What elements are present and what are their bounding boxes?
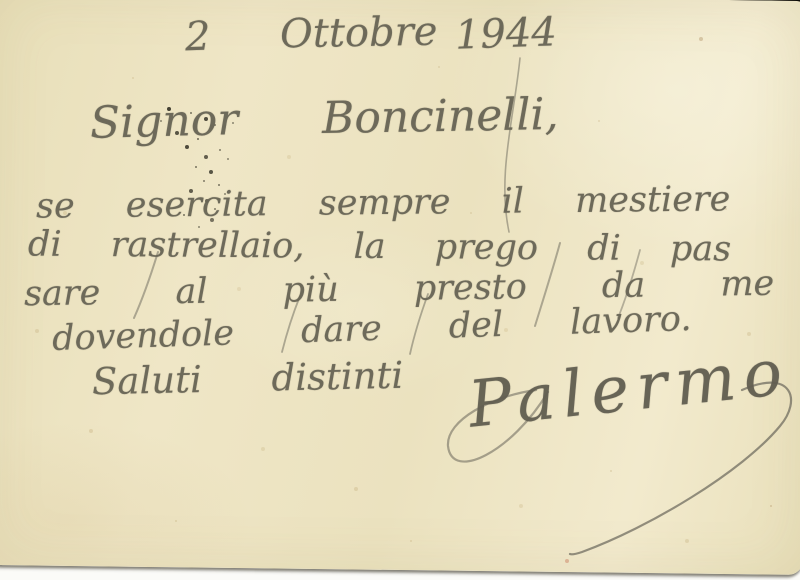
date-day: 2 xyxy=(184,14,211,61)
salutation-title: Signor xyxy=(89,94,239,149)
body-line-2: di rastrellaio, la prego di pas xyxy=(28,225,731,270)
date-year: 1944 xyxy=(454,9,557,59)
recipient-name: Boncinelli, xyxy=(322,89,559,144)
date-month: Ottobre xyxy=(280,9,438,58)
body-line-1: se esercita sempre il mestiere xyxy=(36,179,731,226)
closing-line: Saluti distinti xyxy=(92,354,404,404)
postmark-residue-dots xyxy=(0,0,2,2)
